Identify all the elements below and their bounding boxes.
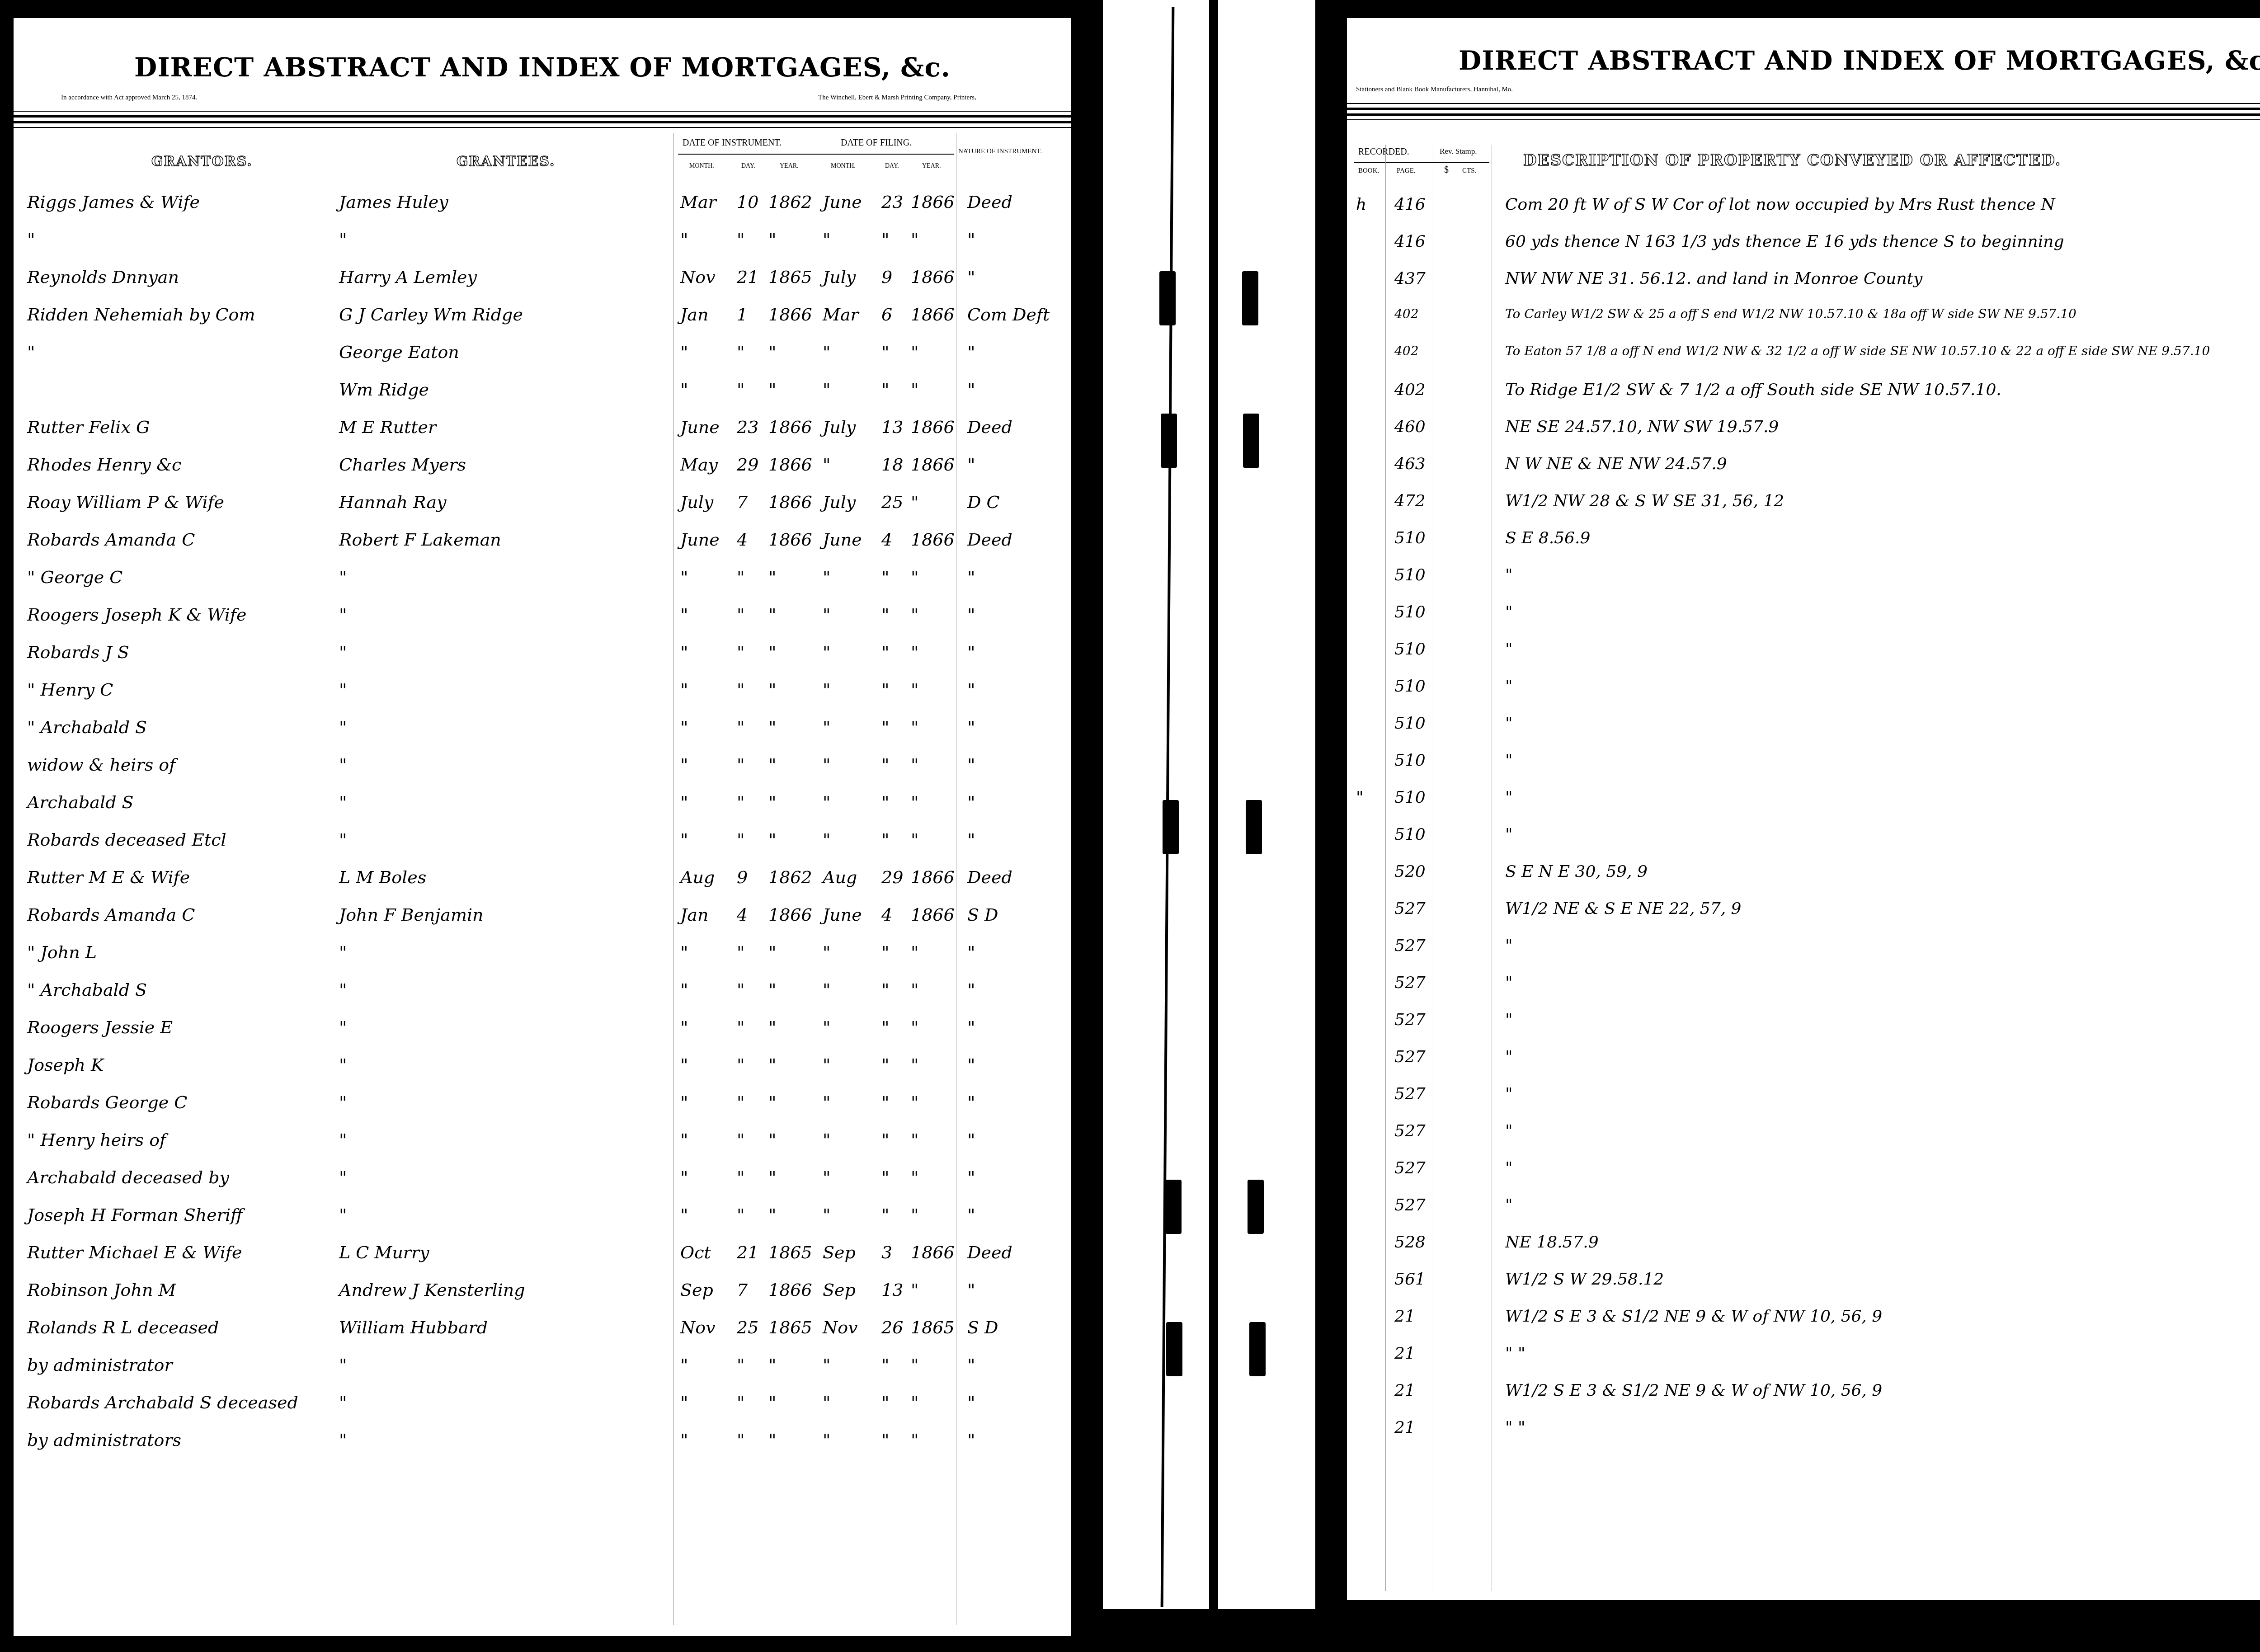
- page-number: 510: [1394, 825, 1426, 844]
- filing-year: ": [911, 492, 918, 512]
- grantee-name: ": [339, 1092, 347, 1112]
- instrument-year: ": [768, 342, 776, 362]
- instrument-day: ": [737, 755, 744, 775]
- page-number: 561: [1394, 1270, 1426, 1289]
- header-rules: [1347, 103, 2260, 124]
- table-row: 527": [1347, 1159, 2260, 1185]
- table-row: h416Com 20 ft W of S W Cor of lot now oc…: [1347, 195, 2260, 221]
- grantor-name: Rolands R L deceased: [27, 1318, 219, 1337]
- page-number: 527: [1394, 899, 1426, 918]
- filing-month: ": [823, 342, 830, 362]
- filing-year: ": [911, 1167, 918, 1187]
- grantor-name: Robards deceased Etcl: [27, 830, 226, 850]
- filing-month: ": [823, 1393, 830, 1412]
- grantor-name: Roay William P & Wife: [27, 492, 224, 512]
- grantee-name: ": [339, 230, 347, 249]
- stationer-imprint: Stationers and Blank Book Manufacturers,…: [1356, 86, 1513, 94]
- nature-of-instrument: ": [967, 792, 975, 812]
- filing-day: ": [881, 567, 889, 587]
- filing-year: ": [911, 980, 918, 1000]
- filing-day: ": [881, 980, 889, 1000]
- table-row: by administrators"""""""": [14, 1430, 1071, 1456]
- grantor-name: Roogers Jessie E: [27, 1017, 173, 1037]
- table-row: 527": [1347, 1048, 2260, 1074]
- nature-of-instrument: Deed: [967, 417, 1012, 437]
- grantor-name: ": [27, 230, 35, 249]
- filing-day: ": [881, 942, 889, 962]
- instrument-year: ": [768, 642, 776, 662]
- instrument-year: 1866: [768, 305, 812, 325]
- page-number: 510: [1394, 714, 1426, 733]
- instrument-month: ": [680, 1055, 688, 1075]
- table-row: Robards George C"""""""": [14, 1092, 1071, 1119]
- table-row: 437NW NW NE 31. 56.12. and land in Monro…: [1347, 269, 2260, 296]
- filing-year: ": [911, 830, 918, 850]
- page-title: DIRECT ABSTRACT AND INDEX OF MORTGAGES, …: [14, 52, 1071, 83]
- nature-of-instrument: ": [967, 942, 975, 962]
- table-row: 527": [1347, 1196, 2260, 1222]
- filing-day: 23: [881, 192, 903, 212]
- description-header: DESCRIPTION OF PROPERTY CONVEYED OR AFFE…: [1523, 151, 2061, 169]
- page-number: 510: [1394, 751, 1426, 770]
- filing-year: ": [911, 230, 918, 249]
- filing-day-header: Day.: [885, 163, 899, 170]
- table-row: 460NE SE 24.57.10, NW SW 19.57.9: [1347, 418, 2260, 444]
- instrument-year: ": [768, 1167, 776, 1187]
- filing-month: ": [823, 792, 830, 812]
- table-row: Joseph H Forman Sheriff"""""""": [14, 1205, 1071, 1231]
- filing-day: ": [881, 1355, 889, 1375]
- instrument-day: 23: [737, 417, 758, 437]
- filing-day: ": [881, 1092, 889, 1112]
- instrument-day: ": [737, 980, 744, 1000]
- grantee-name: ": [339, 1355, 347, 1375]
- filing-month: ": [823, 455, 830, 475]
- grantee-name: ": [339, 717, 347, 737]
- nature-of-instrument: D C: [967, 492, 1000, 512]
- table-row: "510": [1347, 788, 2260, 814]
- instrument-day: ": [737, 830, 744, 850]
- filing-year: ": [911, 1355, 918, 1375]
- table-row: Rutter Felix GM E RutterJune231866July13…: [14, 417, 1071, 443]
- nature-of-instrument: ": [967, 830, 975, 850]
- grantee-name: ": [339, 942, 347, 962]
- filing-month: ": [823, 1430, 830, 1450]
- nature-of-instrument: ": [967, 1055, 975, 1075]
- property-description: To Carley W1/2 SW & 25 a off S end W1/2 …: [1505, 306, 2076, 321]
- nature-of-instrument: ": [967, 1430, 975, 1450]
- nature-of-instrument: ": [967, 230, 975, 249]
- grantor-name: " George C: [27, 567, 122, 587]
- date-of-instrument-header: DATE OF INSTRUMENT.: [683, 138, 782, 148]
- filing-month: ": [823, 1130, 830, 1150]
- filing-day: 13: [881, 417, 903, 437]
- nature-of-instrument: ": [967, 1393, 975, 1412]
- book-header: Book.: [1358, 167, 1379, 175]
- table-row: 21W1/2 S E 3 & S1/2 NE 9 & W of NW 10, 5…: [1347, 1307, 2260, 1333]
- printer-imprint: The Winchell, Ebert & Marsh Printing Com…: [818, 94, 976, 102]
- table-row: Joseph K"""""""": [14, 1055, 1071, 1081]
- instrument-year: ": [768, 1430, 776, 1450]
- grantee-name: ": [339, 1167, 347, 1187]
- instrument-day: ": [737, 717, 744, 737]
- page-number: 510: [1394, 566, 1426, 584]
- property-description: W1/2 NE & S E NE 22, 57, 9: [1505, 899, 1741, 918]
- table-row: Archabald S"""""""": [14, 792, 1071, 819]
- instrument-day: ": [737, 1205, 744, 1225]
- page-number: 520: [1394, 862, 1426, 881]
- instrument-year: ": [768, 1017, 776, 1037]
- table-row: widow & heirs of"""""""": [14, 755, 1071, 781]
- nature-of-instrument: ": [967, 980, 975, 1000]
- filing-year: ": [911, 1205, 918, 1225]
- nature-of-instrument: ": [967, 1092, 975, 1112]
- instrument-month: Oct: [680, 1243, 711, 1262]
- instrument-year: ": [768, 1130, 776, 1150]
- instrument-year: 1866: [768, 455, 812, 475]
- filing-day: ": [881, 1017, 889, 1037]
- filing-month: ": [823, 567, 830, 587]
- grantor-name: Riggs James & Wife: [27, 192, 200, 212]
- property-description: N W NE & NE NW 24.57.9: [1505, 455, 1727, 473]
- filing-day: ": [881, 1430, 889, 1450]
- page-number: 402: [1394, 306, 1418, 321]
- instrument-day: 7: [737, 1280, 748, 1300]
- table-row: Robards Amanda CRobert F LakemanJune4186…: [14, 530, 1071, 556]
- instrument-day: ": [737, 1092, 744, 1112]
- table-row: Robards J S"""""""": [14, 642, 1071, 668]
- page-number: 527: [1394, 1122, 1426, 1140]
- property-description: W1/2 NW 28 & S W SE 31, 56, 12: [1505, 492, 1784, 510]
- grantee-name: ": [339, 642, 347, 662]
- filing-month: July: [823, 267, 856, 287]
- property-description: ": [1505, 974, 1513, 992]
- nature-of-instrument: ": [967, 680, 975, 700]
- property-description: ": [1505, 566, 1513, 584]
- filing-year: ": [911, 942, 918, 962]
- grantee-name: ": [339, 1055, 347, 1075]
- instrument-month: Mar: [680, 192, 716, 212]
- grantee-name: Hannah Ray: [339, 492, 447, 512]
- instrument-month: ": [680, 830, 688, 850]
- instrument-day: 21: [737, 267, 758, 287]
- table-row: 527": [1347, 937, 2260, 963]
- instrument-day: 1: [737, 305, 748, 325]
- grantee-name: William Hubbard: [339, 1318, 488, 1337]
- filing-year: ": [911, 1430, 918, 1450]
- filing-month: ": [823, 605, 830, 625]
- filing-month: ": [823, 1055, 830, 1075]
- filing-month: June: [823, 192, 862, 212]
- nature-of-instrument: Deed: [967, 867, 1012, 887]
- page-number: 527: [1394, 974, 1426, 992]
- filing-day: ": [881, 380, 889, 400]
- nature-of-instrument: ": [967, 717, 975, 737]
- table-row: Archabald deceased by"""""""": [14, 1167, 1071, 1194]
- filing-day: ": [881, 717, 889, 737]
- page-number: 527: [1394, 1159, 1426, 1177]
- instrument-year: ": [768, 980, 776, 1000]
- table-row: 527W1/2 NE & S E NE 22, 57, 9: [1347, 899, 2260, 926]
- instrument-year: 1866: [768, 530, 812, 550]
- instrument-day: ": [737, 1055, 744, 1075]
- filing-day: 18: [881, 455, 903, 475]
- instrument-day: ": [737, 1017, 744, 1037]
- instrument-month: Nov: [680, 1318, 716, 1337]
- date-header-rule: [678, 154, 954, 155]
- instrument-month: ": [680, 1130, 688, 1150]
- instrument-month: ": [680, 567, 688, 587]
- instrument-day: ": [737, 680, 744, 700]
- page-number: 460: [1394, 418, 1426, 436]
- instrument-day: 4: [737, 530, 748, 550]
- filing-month: ": [823, 1205, 830, 1225]
- instrument-month: ": [680, 980, 688, 1000]
- property-description: ": [1505, 603, 1513, 621]
- binding-slot: [1242, 271, 1258, 325]
- instrument-year: ": [768, 717, 776, 737]
- filing-year: ": [911, 1017, 918, 1037]
- page-number: 527: [1394, 1196, 1426, 1214]
- grantor-name: Robinson John M: [27, 1280, 176, 1300]
- filing-month: July: [823, 492, 856, 512]
- table-row: 402To Ridge E1/2 SW & 7 1/2 a off South …: [1347, 381, 2260, 407]
- instrument-month: ": [680, 380, 688, 400]
- nature-of-instrument: Deed: [967, 1243, 1012, 1262]
- grantee-name: Harry A Lemley: [339, 267, 477, 287]
- page-number: 510: [1394, 529, 1426, 547]
- binding-slot: [1243, 414, 1259, 468]
- property-description: ": [1505, 1011, 1513, 1029]
- instrument-month: Sep: [680, 1280, 713, 1300]
- instrument-year: 1865: [768, 267, 812, 287]
- filing-day: 4: [881, 905, 892, 925]
- table-row: 402To Carley W1/2 SW & 25 a off S end W1…: [1347, 306, 2260, 333]
- book-number: ": [1356, 788, 1364, 807]
- instrument-year: 1862: [768, 192, 812, 212]
- instrument-year: 1866: [768, 417, 812, 437]
- instrument-year: 1865: [768, 1318, 812, 1337]
- instrument-year-header: Year.: [780, 163, 799, 170]
- filing-day: 9: [881, 267, 892, 287]
- grantee-name: ": [339, 567, 347, 587]
- page-number: 527: [1394, 937, 1426, 955]
- table-row: Wm Ridge""""""": [14, 380, 1071, 406]
- instrument-year: 1866: [768, 492, 812, 512]
- table-row: 527": [1347, 1122, 2260, 1148]
- filing-year: 1866: [911, 192, 955, 212]
- nature-of-instrument: S D: [967, 905, 998, 925]
- filing-day: ": [881, 1167, 889, 1187]
- filing-month: Sep: [823, 1243, 856, 1262]
- filing-year: 1865: [911, 1318, 955, 1337]
- table-row: Roay William P & WifeHannah RayJuly71866…: [14, 492, 1071, 518]
- instrument-day: ": [737, 1393, 744, 1412]
- instrument-day: ": [737, 792, 744, 812]
- table-row: Robards Amanda CJohn F BenjaminJan41866J…: [14, 905, 1071, 931]
- filing-month: ": [823, 717, 830, 737]
- grantor-name: widow & heirs of: [27, 755, 175, 775]
- cents-header: Cts.: [1462, 167, 1476, 175]
- instrument-month: ": [680, 1355, 688, 1375]
- instrument-month: ": [680, 642, 688, 662]
- instrument-year: 1866: [768, 905, 812, 925]
- grantee-name: M E Rutter: [339, 417, 436, 437]
- page-number: 527: [1394, 1048, 1426, 1066]
- instrument-month: Aug: [680, 867, 715, 887]
- rev-stamp-header: Rev. Stamp.: [1440, 147, 1477, 156]
- instrument-year: 1862: [768, 867, 812, 887]
- filing-year: 1866: [911, 267, 955, 287]
- filing-year: ": [911, 792, 918, 812]
- filing-day: 6: [881, 305, 892, 325]
- property-description: S E 8.56.9: [1505, 529, 1590, 547]
- grantor-name: " Archabald S: [27, 980, 147, 1000]
- instrument-year: ": [768, 1355, 776, 1375]
- table-row: 472W1/2 NW 28 & S W SE 31, 56, 12: [1347, 492, 2260, 518]
- filing-day: ": [881, 830, 889, 850]
- filing-month: ": [823, 1092, 830, 1112]
- filing-month: July: [823, 417, 856, 437]
- instrument-month-header: Month.: [689, 163, 714, 170]
- instrument-day: ": [737, 1167, 744, 1187]
- instrument-month: ": [680, 755, 688, 775]
- filing-month: ": [823, 380, 830, 400]
- table-row: 561W1/2 S W 29.58.12: [1347, 1270, 2260, 1296]
- table-row: """"""""": [14, 230, 1071, 256]
- property-description: 60 yds thence N 163 1/3 yds thence E 16 …: [1505, 232, 2064, 251]
- nature-of-instrument: ": [967, 1355, 975, 1375]
- table-row: " Henry C"""""""": [14, 680, 1071, 706]
- grantee-name: ": [339, 1430, 347, 1450]
- instrument-month: Jan: [680, 305, 708, 325]
- instrument-month: May: [680, 455, 718, 475]
- table-row: 510": [1347, 677, 2260, 703]
- grantor-name: Joseph K: [27, 1055, 104, 1075]
- page-title: DIRECT ABSTRACT AND INDEX OF MORTGAGES, …: [1347, 45, 2260, 76]
- grantee-name: ": [339, 1393, 347, 1412]
- filing-month: Sep: [823, 1280, 856, 1300]
- filing-year: 1866: [911, 867, 955, 887]
- binding-slot: [1249, 1322, 1266, 1376]
- filing-year: 1866: [911, 905, 955, 925]
- filing-month: June: [823, 905, 862, 925]
- nature-of-instrument: ": [967, 1205, 975, 1225]
- page-number: 472: [1394, 492, 1426, 510]
- instrument-month: ": [680, 680, 688, 700]
- instrument-year: ": [768, 792, 776, 812]
- property-description: S E N E 30, 59, 9: [1505, 862, 1648, 881]
- grantor-name: Robards Archabald S deceased: [27, 1393, 298, 1412]
- grantor-name: Rutter Michael E & Wife: [27, 1243, 242, 1262]
- grantee-name: ": [339, 755, 347, 775]
- nature-of-instrument: ": [967, 380, 975, 400]
- filing-day: ": [881, 230, 889, 249]
- grantor-name: Joseph H Forman Sheriff: [27, 1205, 243, 1225]
- filing-year: 1866: [911, 417, 955, 437]
- binding-strip-right: [1218, 0, 1315, 1609]
- instrument-day: ": [737, 342, 744, 362]
- page-number: 510: [1394, 603, 1426, 621]
- instrument-year: 1865: [768, 1243, 812, 1262]
- filing-year: 1866: [911, 1243, 955, 1262]
- grantor-name: by administrator: [27, 1355, 173, 1375]
- filing-day: ": [881, 642, 889, 662]
- page-number: 416: [1394, 232, 1426, 251]
- page-number: 463: [1394, 455, 1426, 473]
- grantees-header: GRANTEES.: [457, 154, 555, 169]
- filing-year-header: Year.: [922, 163, 941, 170]
- table-row: Roogers Joseph K & Wife"""""""": [14, 605, 1071, 631]
- property-description: NE 18.57.9: [1505, 1233, 1599, 1252]
- page-number: 437: [1394, 269, 1426, 288]
- table-row: 527": [1347, 1011, 2260, 1037]
- filing-day: ": [881, 680, 889, 700]
- property-description: ": [1505, 640, 1513, 659]
- instrument-year: ": [768, 567, 776, 587]
- table-row: Robards deceased Etcl"""""""": [14, 830, 1071, 856]
- property-description: ": [1505, 751, 1513, 770]
- recorded-header-rule: [1354, 162, 1489, 163]
- instrument-month: July: [680, 492, 713, 512]
- filing-day: 3: [881, 1243, 892, 1262]
- property-description: ": [1505, 1159, 1513, 1177]
- filing-year: ": [911, 1393, 918, 1412]
- nature-of-instrument-header: NATURE OF INSTRUMENT.: [958, 148, 1042, 155]
- filing-year: 1866: [911, 455, 955, 475]
- book-number: h: [1356, 195, 1366, 214]
- instrument-day: 7: [737, 492, 748, 512]
- property-description: ": [1505, 1085, 1513, 1103]
- filing-day: ": [881, 1055, 889, 1075]
- filing-year: ": [911, 1092, 918, 1112]
- instrument-year: ": [768, 755, 776, 775]
- grantee-name: George Eaton: [339, 342, 459, 362]
- instrument-year: ": [768, 1055, 776, 1075]
- binding-slot: [1166, 1322, 1182, 1376]
- page-number: 510: [1394, 788, 1426, 807]
- grantee-name: ": [339, 1017, 347, 1037]
- grantee-name: Andrew J Kensterling: [339, 1280, 525, 1300]
- table-row: " John L"""""""": [14, 942, 1071, 969]
- property-description: W1/2 S E 3 & S1/2 NE 9 & W of NW 10, 56,…: [1505, 1381, 1882, 1400]
- table-row: 510S E 8.56.9: [1347, 529, 2260, 555]
- property-description: W1/2 S W 29.58.12: [1505, 1270, 1664, 1289]
- instrument-year: ": [768, 830, 776, 850]
- filing-day: 25: [881, 492, 903, 512]
- property-description: Com 20 ft W of S W Cor of lot now occupi…: [1505, 195, 2055, 214]
- instrument-month: ": [680, 1092, 688, 1112]
- table-row: 510": [1347, 825, 2260, 852]
- property-description: NE SE 24.57.10, NW SW 19.57.9: [1505, 418, 1779, 436]
- table-row: Rhodes Henry &cCharles MyersMay291866"18…: [14, 455, 1071, 481]
- grantee-name: ": [339, 980, 347, 1000]
- filing-month: ": [823, 830, 830, 850]
- ledger-page-right: DIRECT ABSTRACT AND INDEX OF MORTGAGES, …: [1347, 18, 2260, 1600]
- page-number: 21: [1394, 1307, 1415, 1326]
- table-row: " Archabald S"""""""": [14, 980, 1071, 1006]
- binding-slot: [1246, 800, 1262, 854]
- grantor-name: " Henry C: [27, 680, 113, 700]
- grantor-name: Robards Amanda C: [27, 905, 195, 925]
- property-description: ": [1505, 1048, 1513, 1066]
- page-number: 510: [1394, 640, 1426, 659]
- instrument-day: 25: [737, 1318, 758, 1337]
- page-number: 21: [1394, 1344, 1415, 1363]
- instrument-month: Nov: [680, 267, 716, 287]
- instrument-day: ": [737, 1130, 744, 1150]
- instrument-month: June: [680, 530, 720, 550]
